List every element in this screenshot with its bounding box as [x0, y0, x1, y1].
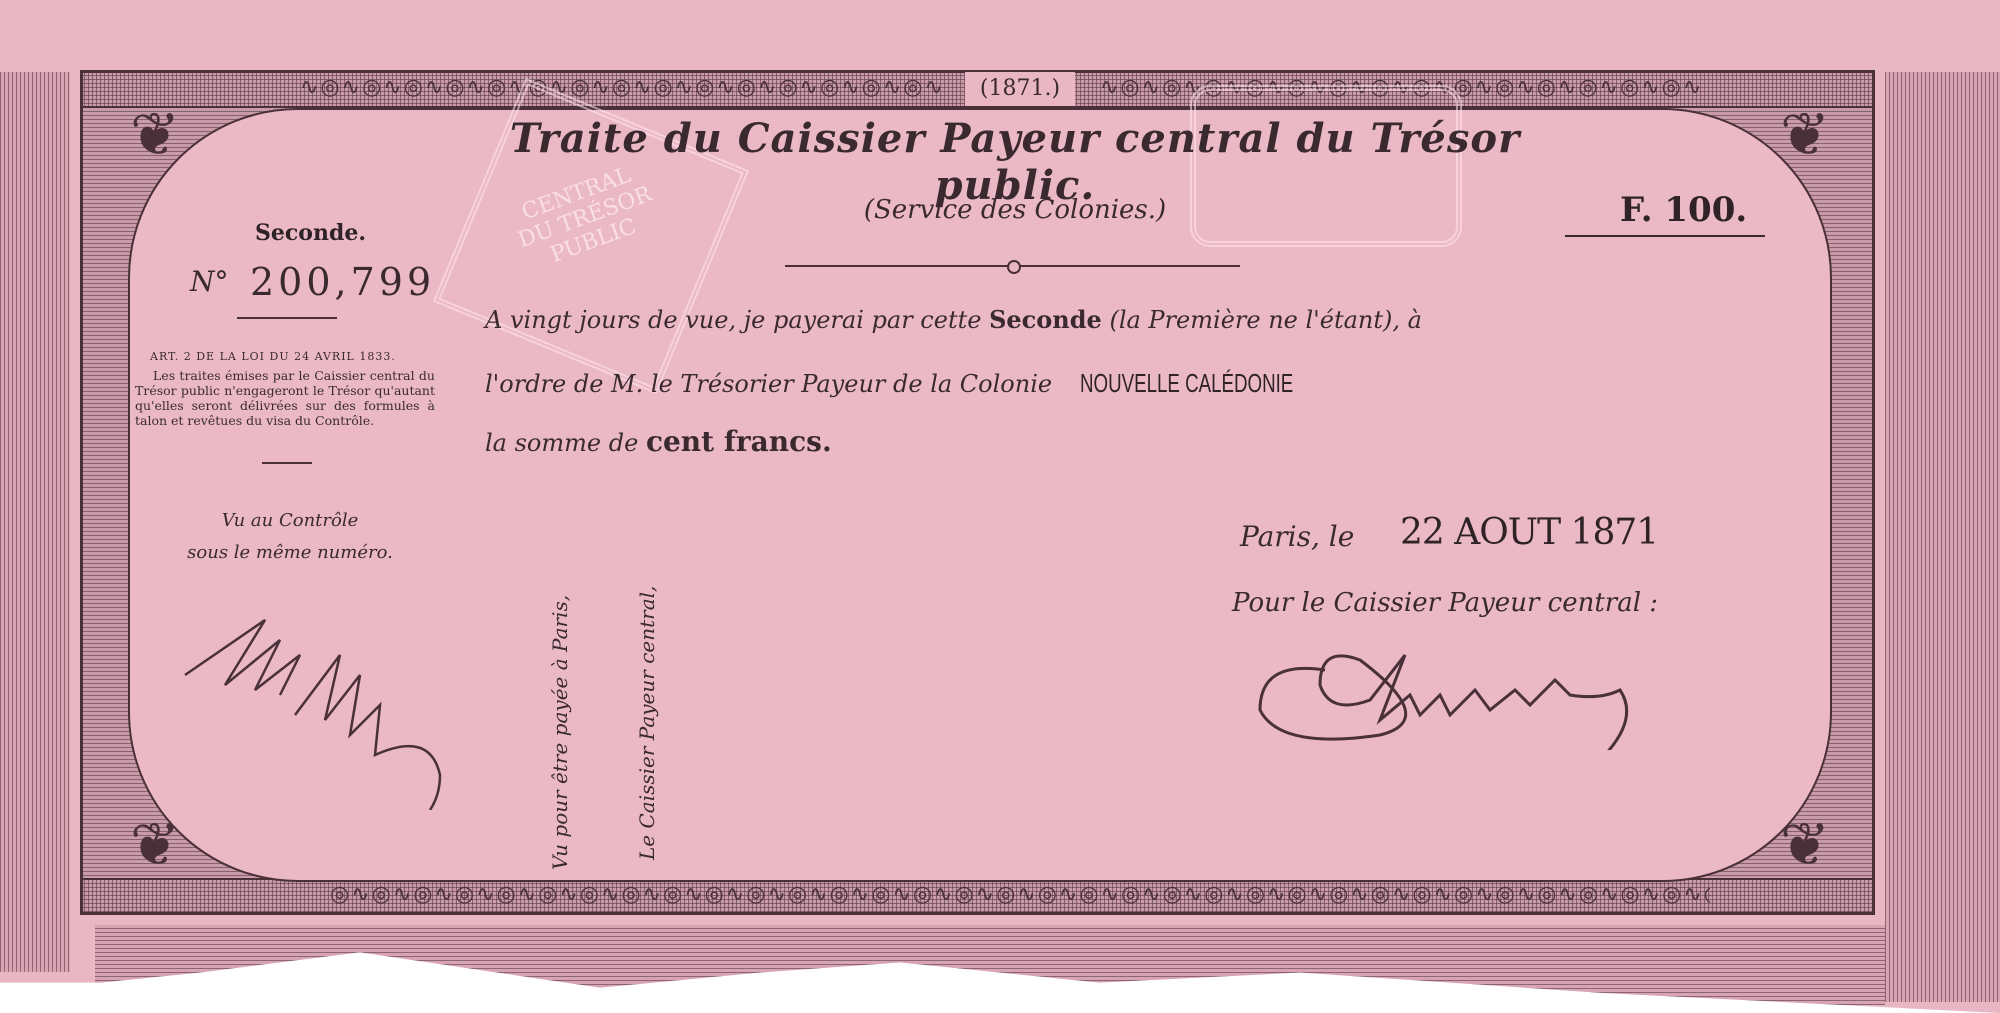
copy-label: Seconde.: [255, 220, 366, 246]
controller-signature: [170, 610, 470, 810]
left-stub-border: [0, 72, 70, 972]
vertical-note-cashier: Le Caissier Payeur central,: [635, 586, 659, 860]
body-line-2: l'ordre de M. le Trésorier Payeur de la …: [485, 368, 1376, 399]
date-place: Paris, le: [1240, 520, 1354, 553]
bottom-stub-border: [95, 925, 1885, 1005]
bottom-scroll-ornament: ◎∿◎∿◎∿◎∿◎∿◎∿◎∿◎∿◎∿◎∿◎∿◎∿◎∿◎∿◎∿◎∿◎∿◎∿◎∿◎∿…: [330, 882, 1710, 907]
date-stamp: 22 AOUT 1871: [1400, 512, 1658, 553]
right-stub-border: [1885, 72, 2000, 1002]
serial-number: 200,799: [250, 260, 435, 304]
corner-ornament-icon: ❦: [110, 90, 200, 180]
law-article-text: Les traites émises par le Caissier centr…: [135, 368, 435, 428]
section-divider: [262, 462, 312, 464]
signatory-line: Pour le Caissier Payeur central :: [1232, 588, 1658, 618]
body-line-1: A vingt jours de vue, je payerai par cet…: [485, 305, 1422, 334]
year-label: (1871.): [965, 72, 1075, 106]
payer-signature: [1240, 640, 1660, 750]
document-subtitle: (Service des Colonies.): [440, 195, 1590, 225]
number-underline: [237, 317, 337, 319]
law-article-heading: ART. 2 DE LA LOI DU 24 AVRIL 1833.: [150, 350, 396, 363]
control-note: Vu au Contrôle sous le même numéro.: [140, 505, 440, 569]
vertical-note-paid: Vu pour être payée à Paris,: [548, 595, 572, 870]
corner-ornament-icon: ❦: [1760, 90, 1850, 180]
body-line-3: la somme de cent francs.: [485, 425, 832, 458]
divider-ornament-icon: [1007, 260, 1021, 274]
corner-ornament-icon: ❦: [110, 800, 200, 890]
banknote-paper: ∿◎∿◎∿◎∿◎∿◎∿◎∿◎∿◎∿◎∿◎∿◎∿◎∿◎∿◎∿◎∿◎∿◎∿◎∿◎∿◎…: [0, 0, 2000, 1013]
amount-underline: [1565, 235, 1765, 237]
number-prefix: N°: [190, 265, 229, 298]
corner-ornament-icon: ❦: [1760, 800, 1850, 890]
amount-in-words: cent francs.: [646, 425, 832, 458]
top-scroll-ornament-left: ∿◎∿◎∿◎∿◎∿◎∿◎∿◎∿◎∿◎∿◎∿◎∿◎∿◎∿◎∿◎∿◎∿◎∿◎∿◎∿◎…: [300, 75, 940, 100]
colony-stamp: NOUVELLE CALÉDONIE: [1080, 368, 1293, 399]
amount-label: F. 100.: [1620, 190, 1747, 230]
